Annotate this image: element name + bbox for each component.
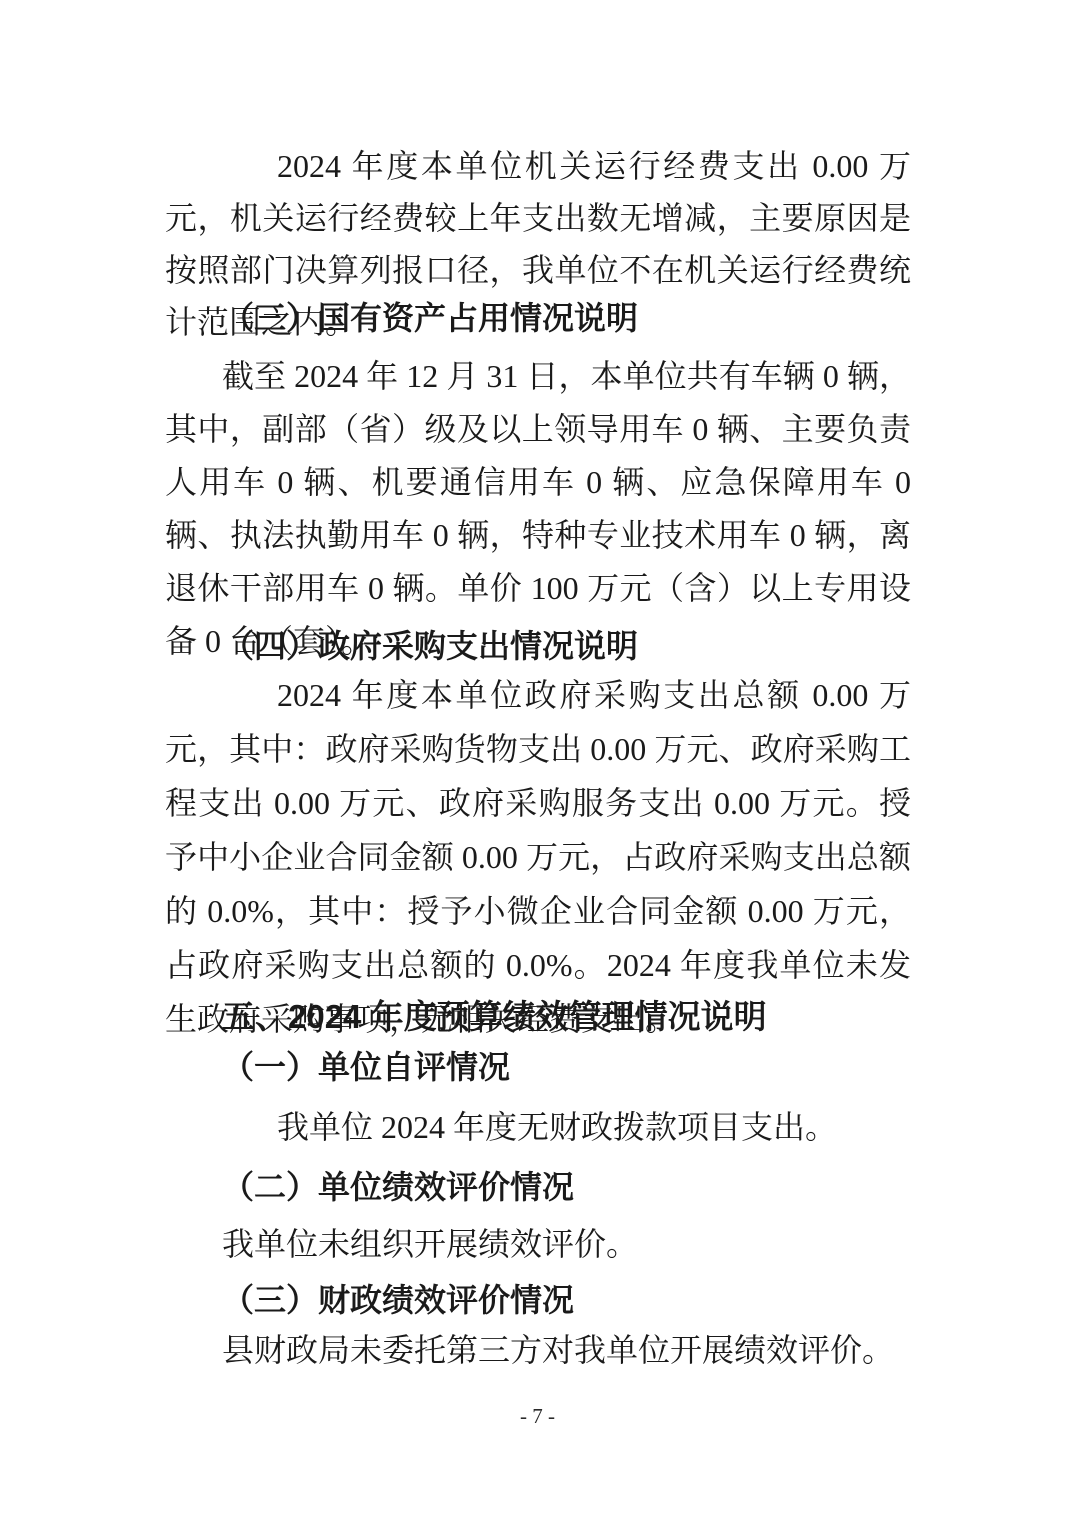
paragraph-fiscal-performance-evaluation: 县财政局未委托第三方对我单位开展绩效评价。 — [165, 1324, 911, 1377]
heading-state-assets-usage: （三）国有资产占用情况说明 — [165, 292, 911, 345]
heading-government-procurement: （四）政府采购支出情况说明 — [165, 620, 911, 673]
heading-unit-self-evaluation: （一）单位自评情况 — [165, 1041, 911, 1094]
page-number: - 7 - — [0, 1402, 1075, 1430]
paragraph-unit-performance-evaluation: 我单位未组织开展绩效评价。 — [165, 1218, 911, 1271]
paragraph-unit-self-evaluation: 我单位 2024 年度无财政拨款项目支出。 — [165, 1101, 911, 1154]
heading-unit-performance-evaluation: （二）单位绩效评价情况 — [165, 1161, 911, 1214]
document-page: 2024 年度本单位机关运行经费支出 0.00 万元，机关运行经费较上年支出数无… — [0, 0, 1075, 1520]
heading-fiscal-performance-evaluation: （三）财政绩效评价情况 — [165, 1274, 911, 1327]
heading-budget-performance-management: 五、2024 年度预算绩效管理情况说明 — [165, 990, 911, 1043]
